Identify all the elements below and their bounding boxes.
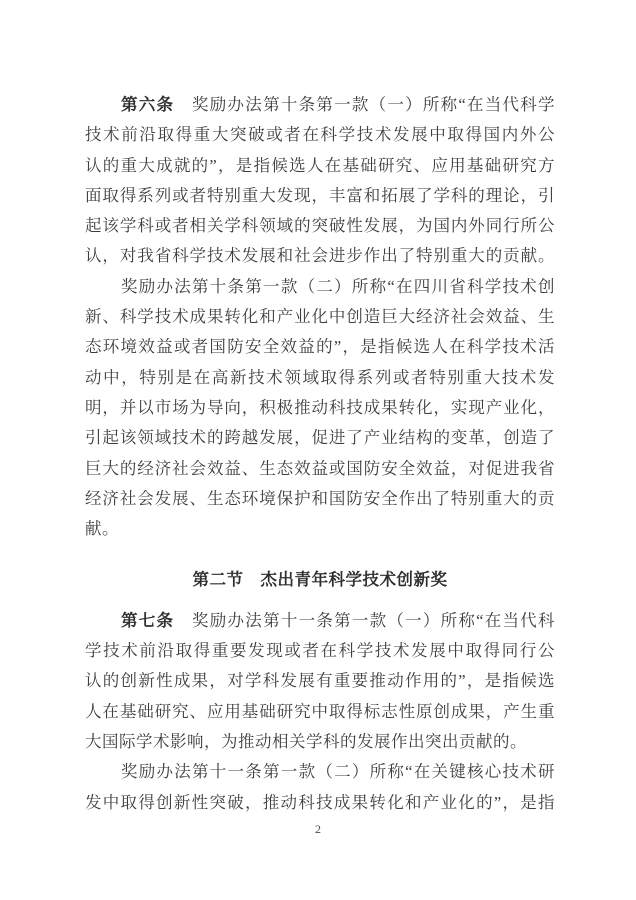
text-line: 引起该领域技术的跨越发展，促进了产业结构的变革，创造了: [85, 423, 555, 453]
text-line: 明，并以市场为导向，积极推动科技成果转化，实现产业化，: [85, 393, 555, 423]
article-number: 第七条: [121, 611, 174, 630]
page-number: 2: [0, 822, 636, 837]
text-line: 经济社会发展、生态环境保护和国防安全作出了特别重大的贡: [85, 484, 555, 514]
text-line: 认的重大成就的”，是指候选人在基础研究、应用基础研究方: [85, 151, 555, 181]
paragraph: 第七条 奖励办法第十一条第一款（一）所称“在当代科学技术前沿取得重要发现或者在科…: [85, 606, 555, 757]
text-line: 新、科学技术成果转化和产业化中创造巨大经济社会效益、生: [85, 302, 555, 332]
document-page: 第六条 奖励办法第十条第一款（一）所称“在当代科学技术前沿取得重大突破或者在科学…: [0, 0, 636, 900]
text-line: 起该学科或者相关学科领域的突破性发展，为国内外同行所公: [85, 211, 555, 241]
text-line-rest: 奖励办法第十条第一款（一）所称“在当代科学: [174, 95, 555, 114]
text-line: 大国际学术影响，为推动相关学科的发展作出突出贡献的。: [85, 727, 555, 757]
text-line: 第六条 奖励办法第十条第一款（一）所称“在当代科学: [85, 90, 555, 120]
section-heading: 第二节 杰出青年科学技术创新奖: [85, 565, 555, 595]
text-line: 学技术前沿取得重要发现或者在科学技术发展中取得同行公: [85, 636, 555, 666]
text-line: 奖励办法第十条第一款（二）所称“在四川省科学技术创: [85, 272, 555, 302]
text-line: 动中，特别是在高新技术领域取得系列或者特别重大技术发: [85, 363, 555, 393]
document-body: 第六条 奖励办法第十条第一款（一）所称“在当代科学技术前沿取得重大突破或者在科学…: [85, 90, 555, 818]
text-line: 人在基础研究、应用基础研究中取得标志性原创成果，产生重: [85, 697, 555, 727]
text-line: 态环境效益或者国防安全效益的”，是指候选人在科学技术活: [85, 332, 555, 362]
text-line: 巨大的经济社会效益、生态效益或国防安全效益，对促进我省: [85, 454, 555, 484]
text-line-rest: 奖励办法第十一条第一款（一）所称“在当代科: [174, 611, 555, 630]
text-line: 奖励办法第十一条第一款（二）所称“在关键核心技术研: [85, 757, 555, 787]
text-line: 技术前沿取得重大突破或者在科学技术发展中取得国内外公: [85, 120, 555, 150]
text-line: 献。: [85, 514, 555, 544]
text-line: 第七条 奖励办法第十一条第一款（一）所称“在当代科: [85, 606, 555, 636]
text-line: 面取得系列或者特别重大发现，丰富和拓展了学科的理论，引: [85, 181, 555, 211]
paragraph: 奖励办法第十条第一款（二）所称“在四川省科学技术创新、科学技术成果转化和产业化中…: [85, 272, 555, 545]
text-line: 发中取得创新性突破，推动科技成果转化和产业化的”，是指: [85, 788, 555, 818]
text-line: 认的创新性成果，对学科发展有重要推动作用的”，是指候选: [85, 666, 555, 696]
paragraph: 第六条 奖励办法第十条第一款（一）所称“在当代科学技术前沿取得重大突破或者在科学…: [85, 90, 555, 272]
paragraph: 奖励办法第十一条第一款（二）所称“在关键核心技术研发中取得创新性突破，推动科技成…: [85, 757, 555, 818]
article-number: 第六条: [121, 95, 174, 114]
text-line: 认，对我省科学技术发展和社会进步作出了特别重大的贡献。: [85, 241, 555, 271]
